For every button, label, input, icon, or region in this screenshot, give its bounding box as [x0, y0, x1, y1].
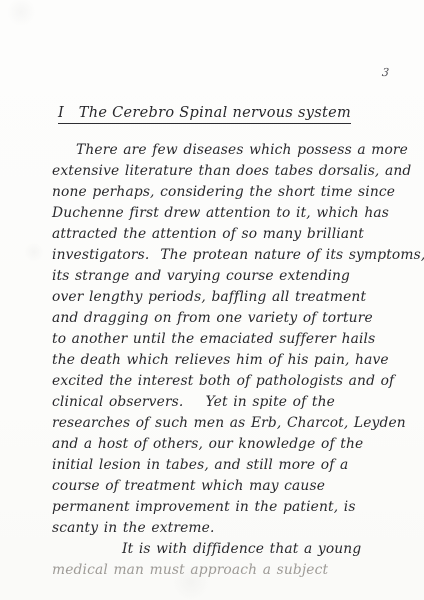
manuscript-line: scanty in the extreme. — [52, 518, 408, 539]
manuscript-line: permanent improvement in the patient, is — [52, 497, 408, 518]
manuscript-line: There are few diseases which possess a m… — [52, 140, 408, 161]
manuscript-line: Duchenne first drew attention to it, whi… — [52, 203, 408, 224]
section-heading-text: I The Cerebro Spinal nervous system — [58, 105, 351, 124]
manuscript-line: excited the interest both of pathologist… — [52, 371, 408, 392]
manuscript-line: researches of such men as Erb, Charcot, … — [52, 413, 408, 434]
manuscript-line: its strange and varying course extending — [52, 266, 408, 287]
manuscript-line: over lengthy periods, baffling all treat… — [52, 287, 408, 308]
manuscript-line: and dragging on from one variety of tort… — [52, 308, 408, 329]
manuscript-line: attracted the attention of so many brill… — [52, 224, 408, 245]
manuscript-line: initial lesion in tabes, and still more … — [52, 455, 408, 476]
manuscript-line: course of treatment which may cause — [52, 476, 408, 497]
manuscript-line: extensive literature than does tabes dor… — [52, 161, 408, 182]
manuscript-line: It is with diffidence that a young — [52, 539, 408, 560]
manuscript-body: There are few diseases which possess a m… — [52, 140, 408, 581]
manuscript-line: investigators. The protean nature of its… — [52, 245, 408, 266]
manuscript-line: to another until the emaciated sufferer … — [52, 329, 408, 350]
section-heading: I The Cerebro Spinal nervous system — [58, 105, 351, 124]
manuscript-line: and a host of others, our knowledge of t… — [52, 434, 408, 455]
manuscript-line: the death which relieves him of his pain… — [52, 350, 408, 371]
manuscript-page: 3 I The Cerebro Spinal nervous system Th… — [0, 0, 424, 600]
manuscript-line-faded: medical man must approach a subject — [52, 560, 408, 581]
page-number: 3 — [381, 66, 389, 79]
manuscript-line: clinical observers. Yet in spite of the — [52, 392, 408, 413]
manuscript-line: none perhaps, considering the short time… — [52, 182, 408, 203]
